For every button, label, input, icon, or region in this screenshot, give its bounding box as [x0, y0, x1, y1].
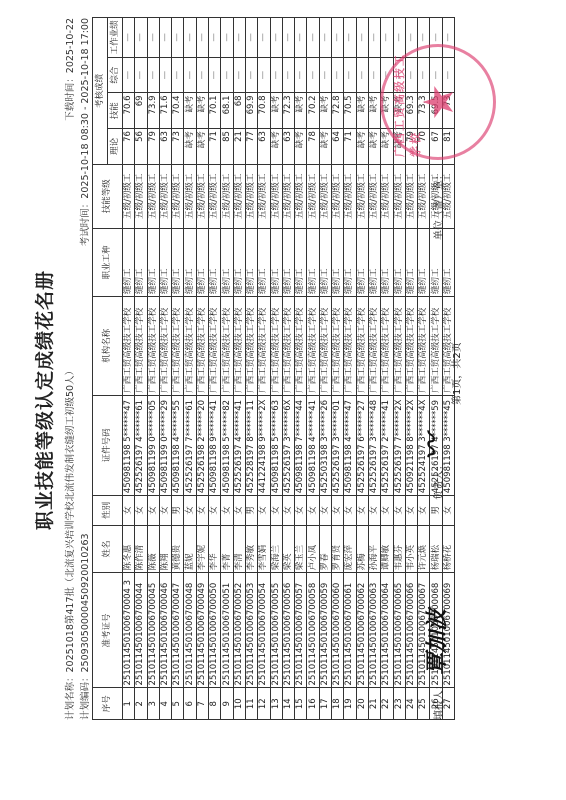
cell-level: 五级/初级工	[233, 164, 245, 228]
cell-theory: 73	[172, 129, 184, 165]
cell-name: 杨瑞松	[430, 525, 442, 573]
cell-name: 蓝妮	[184, 525, 196, 573]
cell-overall: —	[147, 57, 159, 93]
table-row: 152510114501006700057梁玉兰女450981198 7****…	[295, 18, 307, 720]
header-org: 机构名称	[93, 297, 123, 396]
cell-occupation: 缝纫工	[233, 228, 245, 296]
cell-level: 五级/初级工	[123, 164, 135, 228]
cell-id: 452526197 4******61	[135, 395, 147, 495]
cell-ticket: 2510114501006700057	[295, 573, 307, 688]
cell-theory: 79	[147, 129, 159, 165]
cell-org: 广西工贸高级技工学校	[123, 297, 135, 396]
cell-occupation: 缝纫工	[221, 228, 233, 296]
cell-org: 广西工贸高级技工学校	[282, 297, 294, 396]
table-row: 192510114501006700061庞宏萍女450981198 4****…	[344, 18, 356, 720]
cell-ticket: 2510114501006700046	[159, 573, 171, 688]
cell-occupation: 缝纫工	[209, 228, 221, 296]
cell-level: 五级/初级工	[184, 164, 196, 228]
cell-id: 452526197 7******2X	[393, 395, 405, 495]
cell-seq: 16	[307, 688, 319, 720]
cell-gender: 女	[159, 496, 171, 526]
document-title: 职业技能等级认定成绩花名册	[30, 0, 57, 800]
cell-name: 李清	[233, 525, 245, 573]
cell-id: 452526197 6******27	[356, 395, 368, 495]
table-row: 22510114501006700044陈作清女452526197 4*****…	[135, 18, 147, 720]
cell-gender: 女	[196, 496, 208, 526]
cell-name: 梁海兰	[270, 525, 282, 573]
responsible-signature: 〰︎	[412, 434, 449, 460]
table-row: 112510114501006700053李秀敏男452528197 8****…	[245, 18, 257, 720]
cell-org: 广西工贸高级技工学校	[147, 297, 159, 396]
cell-occupation: 缝纫工	[245, 228, 257, 296]
cell-occupation: 缝纫工	[332, 228, 344, 296]
table-row: 42510114501006700046陈翔女450981199 0******…	[159, 18, 171, 720]
cell-work: —	[135, 18, 147, 58]
filler-signature: 覃加波	[420, 609, 451, 675]
cell-level: 五级/初级工	[172, 164, 184, 228]
unit-seal-field: 单位（盖）章：	[430, 170, 445, 240]
cell-org: 广西工贸高级技工学校	[245, 297, 257, 396]
cell-org: 广西工贸高级技工学校	[319, 297, 331, 396]
table-row: 142510114501006700056梁英女452526197 3*****…	[282, 18, 294, 720]
cell-seq: 5	[172, 688, 184, 720]
cell-overall: —	[209, 57, 221, 93]
cell-gender: 女	[344, 496, 356, 526]
cell-skill: 71.6	[159, 93, 171, 129]
cell-work: —	[307, 18, 319, 58]
cell-work: —	[258, 18, 270, 58]
cell-occupation: 缝纫工	[135, 228, 147, 296]
cell-seq: 3	[147, 688, 159, 720]
header-scores-group: 考核成绩	[93, 18, 108, 165]
cell-id: 441224198 9******2X	[258, 395, 270, 495]
cell-overall: —	[356, 57, 368, 93]
cell-ticket: 2510114501006700049	[196, 573, 208, 688]
cell-gender: 女	[295, 496, 307, 526]
cell-ticket: 2510114501006700058	[307, 573, 319, 688]
cell-level: 五级/初级工	[245, 164, 257, 228]
cell-work: —	[221, 18, 233, 58]
cell-ticket: 2510114501006700048	[184, 573, 196, 688]
cell-level: 五级/初级工	[332, 164, 344, 228]
cell-gender: 女	[393, 496, 405, 526]
cell-id: 450981198 4******55	[172, 395, 184, 495]
cell-ticket: 2510114501006700063	[368, 573, 380, 688]
cell-seq: 4	[159, 688, 171, 720]
cell-level: 五级/初级工	[393, 164, 405, 228]
cell-name: 黄德贵	[172, 525, 184, 573]
cell-occupation: 缝纫工	[418, 228, 430, 296]
cell-theory: 77	[245, 129, 257, 165]
cell-theory: 71	[344, 129, 356, 165]
table-row: 182510114501006700060罗育贤女452526197 3****…	[332, 18, 344, 720]
cell-id: 452528197 8******11	[245, 395, 257, 495]
cell-occupation: 缝纫工	[123, 228, 135, 296]
cell-name: 罗春	[319, 525, 331, 573]
table-row: 172510114501006700059罗春女452503198 3*****…	[319, 18, 331, 720]
cell-occupation: 缝纫工	[196, 228, 208, 296]
cell-name: 苏梅	[356, 525, 368, 573]
cell-id: 452526197 4******41	[233, 395, 245, 495]
cell-name: 梁英	[282, 525, 294, 573]
cell-overall: —	[282, 57, 294, 93]
cell-id: 452526197 2******41	[381, 395, 393, 495]
cell-seq: 20	[356, 688, 368, 720]
cell-org: 广西工贸高级技工学校	[405, 297, 417, 396]
cell-name: 韦小英	[405, 525, 417, 573]
cell-org: 广西工贸高级技工学校	[381, 297, 393, 396]
cell-gender: 女	[282, 496, 294, 526]
table-row: 1251011450100670004 3陈冬惠女450981198 5****…	[123, 18, 135, 720]
cell-ticket: 2510114501006700064	[381, 573, 393, 688]
cell-name: 韦惠芬	[393, 525, 405, 573]
cell-overall: —	[221, 57, 233, 93]
cell-ticket: 2510114501006700060	[332, 573, 344, 688]
cell-gender: 女	[270, 496, 282, 526]
cell-ticket: 2510114501006700065	[393, 573, 405, 688]
cell-level: 五级/初级工	[295, 164, 307, 228]
cell-theory: 56	[135, 129, 147, 165]
cell-occupation: 缝纫工	[405, 228, 417, 296]
table-row: 202510114501006700062苏梅女452526197 6*****…	[356, 18, 368, 720]
cell-id: 452526197 3******01	[332, 395, 344, 495]
cell-seq: 8	[209, 688, 221, 720]
cell-overall: —	[159, 57, 171, 93]
cell-level: 五级/初级工	[381, 164, 393, 228]
cell-name: 李宇妮	[196, 525, 208, 573]
cell-org: 广西工贸高级技工学校	[393, 297, 405, 396]
cell-level: 五级/初级工	[147, 164, 159, 228]
cell-skill: 缺考	[368, 93, 380, 129]
cell-ticket: 2510114501006700056	[282, 573, 294, 688]
cell-gender: 女	[368, 496, 380, 526]
cell-overall: —	[344, 57, 356, 93]
cell-ticket: 2510114501006700053	[245, 573, 257, 688]
table-row: 102510114501006700052李清女452526197 4*****…	[233, 18, 245, 720]
cell-theory: 21	[233, 129, 245, 165]
cell-org: 广西工贸高级技工学校	[172, 297, 184, 396]
cell-skill: 缺考	[319, 93, 331, 129]
header-occupation: 职业工种	[93, 228, 123, 296]
cell-name: 李秀敏	[245, 525, 257, 573]
cell-skill: 缺考	[295, 93, 307, 129]
cell-skill: 73.9	[147, 93, 159, 129]
cell-overall: —	[184, 57, 196, 93]
cell-org: 广西工贸高级技工学校	[258, 297, 270, 396]
cell-gender: 女	[123, 496, 135, 526]
cell-ticket: 2510114501006700045	[147, 573, 159, 688]
cell-id: 452526197 3******48	[368, 395, 380, 495]
cell-skill: 缺考	[196, 93, 208, 129]
cell-skill: 70.8	[258, 93, 270, 129]
cell-gender: 女	[258, 496, 270, 526]
cell-level: 五级/初级工	[209, 164, 221, 228]
responsible-field: 负责人：	[430, 460, 445, 500]
cell-occupation: 缝纫工	[282, 228, 294, 296]
cell-overall: —	[172, 57, 184, 93]
cell-work: —	[368, 18, 380, 58]
table-row: 92510114501006700051李菁女450981198 5******…	[221, 18, 233, 720]
table-row: 122510114501006700054李雪娟女441224198 9****…	[258, 18, 270, 720]
cell-skill: 72.8	[332, 93, 344, 129]
cell-id: 450981199 0******05	[147, 395, 159, 495]
cell-name: 许元焕	[418, 525, 430, 573]
cell-occupation: 缝纫工	[147, 228, 159, 296]
cell-work: —	[270, 18, 282, 58]
cell-work: —	[209, 18, 221, 58]
header-level: 技能等级	[93, 164, 123, 228]
cell-id: 450981198 4******41	[307, 395, 319, 495]
cell-org: 广西工贸高级技工学校	[196, 297, 208, 396]
cell-name: 谭卿敏	[381, 525, 393, 573]
cell-seq: 23	[393, 688, 405, 720]
cell-overall: —	[135, 57, 147, 93]
cell-gender: 女	[233, 496, 245, 526]
table-row: 82510114501006700050李华女450981198 9******…	[209, 18, 221, 720]
seal-text: 广西工贸高级技工学校	[391, 47, 423, 157]
cell-id: 450981198 5******63	[270, 395, 282, 495]
cell-work: —	[172, 18, 184, 58]
cell-org: 广西工贸高级技工学校	[344, 297, 356, 396]
cell-skill: 72.3	[282, 93, 294, 129]
cell-org: 广西工贸高级技工学校	[295, 297, 307, 396]
cell-overall: —	[332, 57, 344, 93]
header-work: 工作业绩	[108, 18, 123, 58]
cell-theory: 缺考	[270, 129, 282, 165]
cell-id: 450981198 4******47	[344, 395, 356, 495]
cell-theory: 缺考	[295, 129, 307, 165]
cell-id: 452503198 3******26	[319, 395, 331, 495]
cell-overall: —	[368, 57, 380, 93]
cell-name: 庞宏萍	[344, 525, 356, 573]
cell-ticket: 2510114501006700051	[221, 573, 233, 688]
cell-org: 广西工贸高级技工学校	[418, 297, 430, 396]
cell-id: 452526198 2******20	[196, 395, 208, 495]
cell-seq: 1	[123, 688, 135, 720]
cell-ticket: 2510114501006700052	[233, 573, 245, 688]
cell-theory: 缺考	[368, 129, 380, 165]
cell-level: 五级/初级工	[319, 164, 331, 228]
table-row: 72510114501006700049李宇妮女452526198 2*****…	[196, 18, 208, 720]
table-row: 162510114501006700058卢小凤女450981198 4****…	[307, 18, 319, 720]
cell-ticket: 251011450100670004 3	[123, 573, 135, 688]
cell-ticket: 2510114501006700044	[135, 573, 147, 688]
cell-id: 450981198 9******41	[209, 395, 221, 495]
cell-org: 广西工贸高级技工学校	[430, 297, 442, 396]
cell-work: —	[332, 18, 344, 58]
cell-skill: 68.1	[221, 93, 233, 129]
cell-skill: 缺考	[356, 93, 368, 129]
cell-theory: 63	[282, 129, 294, 165]
cell-name: 陈冬惠	[123, 525, 135, 573]
header-overall: 综合	[108, 57, 123, 93]
cell-ticket: 2510114501006700066	[405, 573, 417, 688]
cell-org: 广西工贸高级技工学校	[368, 297, 380, 396]
cell-level: 五级/初级工	[159, 164, 171, 228]
cell-seq: 14	[282, 688, 294, 720]
filler-field: 填报人：	[430, 680, 445, 720]
cell-theory: 64	[332, 129, 344, 165]
table-row: 32510114501006700045陈薇女450981199 0******…	[147, 18, 159, 720]
cell-level: 五级/初级工	[356, 164, 368, 228]
cell-overall: —	[123, 57, 135, 93]
cell-occupation: 缝纫工	[159, 228, 171, 296]
cell-skill: 70.5	[344, 93, 356, 129]
cell-seq: 6	[184, 688, 196, 720]
table-row: 62510114501006700048蓝妮女452526197 7******…	[184, 18, 196, 720]
cell-skill: 69.9	[245, 93, 257, 129]
cell-occupation: 缝纫工	[319, 228, 331, 296]
cell-seq: 13	[270, 688, 282, 720]
cell-occupation: 缝纫工	[381, 228, 393, 296]
header-gender: 性别	[93, 496, 123, 526]
cell-id: 450981198 7******44	[295, 395, 307, 495]
cell-ticket: 2510114501006700062	[356, 573, 368, 688]
cell-seq: 25	[418, 688, 430, 720]
cell-overall: —	[307, 57, 319, 93]
cell-theory: 63	[159, 129, 171, 165]
cell-theory: 78	[307, 129, 319, 165]
cell-theory: 71	[209, 129, 221, 165]
cell-gender: 女	[307, 496, 319, 526]
cell-ticket: 2510114501006700050	[209, 573, 221, 688]
cell-occupation: 缝纫工	[344, 228, 356, 296]
rotated-document-page: 职业技能等级认定成绩花名册 计划名称：20251018第417批（北流复兴培训学…	[0, 0, 566, 800]
cell-ticket: 2510114501006700061	[344, 573, 356, 688]
cell-id: 450981198 5******82	[221, 395, 233, 495]
cell-name: 李雪娟	[258, 525, 270, 573]
cell-overall: —	[245, 57, 257, 93]
plan-code: 计划编码：25093050000450920010263	[77, 533, 91, 720]
cell-theory: 缺考	[356, 129, 368, 165]
cell-id: 452526197 3******6X	[282, 395, 294, 495]
table-row: 132510114501006700055梁海兰女450981198 5****…	[270, 18, 282, 720]
cell-name: 陈翔	[159, 525, 171, 573]
cell-theory: 缺考	[319, 129, 331, 165]
cell-org: 广西工贸高级技工学校	[221, 297, 233, 396]
cell-name: 杨桥花	[442, 525, 454, 573]
cell-occupation: 缝纫工	[307, 228, 319, 296]
cell-seq: 22	[381, 688, 393, 720]
cell-org: 广西工贸高级技工学校	[307, 297, 319, 396]
cell-name: 孙海平	[368, 525, 380, 573]
cell-work: —	[295, 18, 307, 58]
cell-work: —	[245, 18, 257, 58]
header-theory: 理论	[108, 129, 123, 165]
cell-gender: 女	[405, 496, 417, 526]
cell-gender: 女	[147, 496, 159, 526]
cell-occupation: 缝纫工	[184, 228, 196, 296]
cell-org: 广西工贸高级技工学校	[184, 297, 196, 396]
cell-level: 五级/初级工	[221, 164, 233, 228]
cell-overall: —	[319, 57, 331, 93]
cell-seq: 24	[405, 688, 417, 720]
cell-overall: —	[258, 57, 270, 93]
cell-org: 广西工贸高级技工学校	[332, 297, 344, 396]
download-time: 下载时间：2025-10-22	[62, 18, 76, 121]
cell-level: 五级/初级工	[344, 164, 356, 228]
cell-occupation: 缝纫工	[393, 228, 405, 296]
page-info: 第1页，共2页	[448, 342, 463, 405]
cell-level: 五级/初级工	[258, 164, 270, 228]
cell-name: 李菁	[221, 525, 233, 573]
header-ticket: 准考证号	[93, 573, 123, 688]
cell-theory: 缺考	[196, 129, 208, 165]
cell-org: 广西工贸高级技工学校	[135, 297, 147, 396]
cell-level: 五级/初级工	[282, 164, 294, 228]
cell-name: 陈作清	[135, 525, 147, 573]
cell-name: 罗育贤	[332, 525, 344, 573]
cell-skill: 70.6	[123, 93, 135, 129]
cell-level: 五级/初级工	[307, 164, 319, 228]
cell-gender: 女	[418, 496, 430, 526]
cell-name: 李华	[209, 525, 221, 573]
cell-level: 五级/初级工	[135, 164, 147, 228]
cell-name: 卢小凤	[307, 525, 319, 573]
cell-overall: —	[196, 57, 208, 93]
cell-theory: 缺考	[184, 129, 196, 165]
cell-level: 五级/初级工	[270, 164, 282, 228]
cell-work: —	[356, 18, 368, 58]
cell-seq: 2	[135, 688, 147, 720]
cell-occupation: 缝纫工	[295, 228, 307, 296]
cell-gender: 女	[135, 496, 147, 526]
cell-occupation: 缝纫工	[270, 228, 282, 296]
cell-occupation: 缝纫工	[368, 228, 380, 296]
cell-skill: 68	[233, 93, 245, 129]
cell-id: 450981198 5******47	[123, 395, 135, 495]
cell-org: 广西工贸高级技工学校	[159, 297, 171, 396]
cell-work: —	[123, 18, 135, 58]
cell-level: 五级/初级工	[196, 164, 208, 228]
cell-ticket: 2510114501006700054	[258, 573, 270, 688]
cell-work: —	[196, 18, 208, 58]
cell-id: 450981199 0******29	[159, 395, 171, 495]
cell-seq: 10	[233, 688, 245, 720]
cell-gender: 女	[319, 496, 331, 526]
cell-skill: 70.1	[209, 93, 221, 129]
cell-seq: 17	[319, 688, 331, 720]
cell-work: —	[344, 18, 356, 58]
cell-org: 广西工贸高级技工学校	[233, 297, 245, 396]
cell-seq: 15	[295, 688, 307, 720]
cell-gender: 女	[332, 496, 344, 526]
cell-ticket: 2510114501006700059	[319, 573, 331, 688]
cell-level: 五级/初级工	[418, 164, 430, 228]
table-row: 212510114501006700063孙海平女452526197 3****…	[368, 18, 380, 720]
cell-work: —	[282, 18, 294, 58]
cell-overall: —	[270, 57, 282, 93]
cell-work: —	[233, 18, 245, 58]
header-name: 姓名	[93, 525, 123, 573]
cell-seq: 18	[332, 688, 344, 720]
cell-occupation: 缝纫工	[356, 228, 368, 296]
cell-org: 广西工贸高级技工学校	[209, 297, 221, 396]
cell-work: —	[159, 18, 171, 58]
official-seal: 广西工贸高级技工学校 ★	[380, 44, 496, 160]
cell-name: 陈薇	[147, 525, 159, 573]
cell-overall: —	[295, 57, 307, 93]
cell-gender: 男	[172, 496, 184, 526]
cell-occupation: 缝纫工	[258, 228, 270, 296]
cell-level: 五级/初级工	[368, 164, 380, 228]
header-id: 证件号码	[93, 395, 123, 495]
cell-occupation: 缝纫工	[172, 228, 184, 296]
cell-seq: 7	[196, 688, 208, 720]
cell-level: 五级/初级工	[405, 164, 417, 228]
cell-seq: 21	[368, 688, 380, 720]
cell-gender: 女	[356, 496, 368, 526]
